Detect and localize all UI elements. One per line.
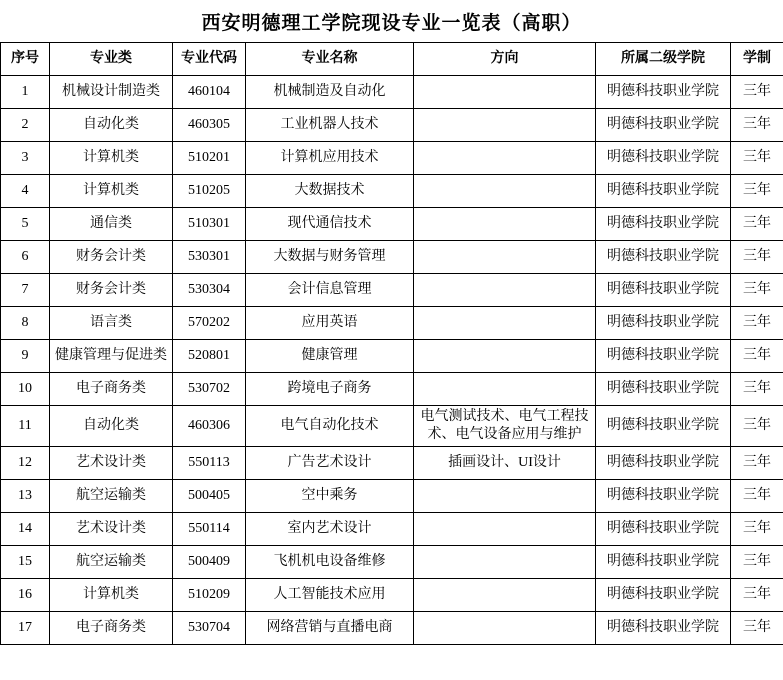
cell-college: 明德科技职业学院 xyxy=(596,142,731,175)
cell-duration: 三年 xyxy=(731,447,783,480)
cell-college: 明德科技职业学院 xyxy=(596,340,731,373)
cell-college: 明德科技职业学院 xyxy=(596,406,731,447)
cell-duration: 三年 xyxy=(731,612,783,645)
cell-major-code: 500409 xyxy=(173,546,246,579)
cell-direction xyxy=(414,373,596,406)
cell-college: 明德科技职业学院 xyxy=(596,546,731,579)
table-row: 2自动化类460305工业机器人技术明德科技职业学院三年 xyxy=(1,109,783,142)
cell-row-index: 11 xyxy=(1,406,50,447)
cell-major-code: 510205 xyxy=(173,175,246,208)
cell-direction xyxy=(414,76,596,109)
cell-row-index: 3 xyxy=(1,142,50,175)
cell-row-index: 9 xyxy=(1,340,50,373)
cell-major-category: 计算机类 xyxy=(50,142,173,175)
cell-major-name: 应用英语 xyxy=(246,307,414,340)
cell-major-code: 550114 xyxy=(173,513,246,546)
cell-duration: 三年 xyxy=(731,307,783,340)
cell-college: 明德科技职业学院 xyxy=(596,579,731,612)
table-body: 1机械设计制造类460104机械制造及自动化明德科技职业学院三年2自动化类460… xyxy=(1,76,783,645)
cell-direction: 插画设计、UI设计 xyxy=(414,447,596,480)
cell-duration: 三年 xyxy=(731,274,783,307)
col-header-name: 专业名称 xyxy=(246,43,414,76)
table-header: 序号专业类专业代码专业名称方向所属二级学院学制 xyxy=(1,43,783,76)
cell-major-category: 艺术设计类 xyxy=(50,513,173,546)
cell-direction xyxy=(414,546,596,579)
cell-college: 明德科技职业学院 xyxy=(596,373,731,406)
cell-major-category: 自动化类 xyxy=(50,109,173,142)
cell-direction xyxy=(414,480,596,513)
cell-direction xyxy=(414,241,596,274)
col-header-category: 专业类 xyxy=(50,43,173,76)
cell-row-index: 14 xyxy=(1,513,50,546)
table-row: 12艺术设计类550113广告艺术设计插画设计、UI设计明德科技职业学院三年 xyxy=(1,447,783,480)
table-row: 8语言类570202应用英语明德科技职业学院三年 xyxy=(1,307,783,340)
table-row: 17电子商务类530704网络营销与直播电商明德科技职业学院三年 xyxy=(1,612,783,645)
cell-major-name: 飞机机电设备维修 xyxy=(246,546,414,579)
cell-major-code: 510301 xyxy=(173,208,246,241)
col-header-direction: 方向 xyxy=(414,43,596,76)
table-row: 16计算机类510209人工智能技术应用明德科技职业学院三年 xyxy=(1,579,783,612)
cell-direction xyxy=(414,274,596,307)
cell-duration: 三年 xyxy=(731,109,783,142)
cell-major-code: 510201 xyxy=(173,142,246,175)
cell-major-category: 电子商务类 xyxy=(50,373,173,406)
cell-duration: 三年 xyxy=(731,208,783,241)
cell-major-code: 570202 xyxy=(173,307,246,340)
cell-duration: 三年 xyxy=(731,340,783,373)
table-row: 3计算机类510201计算机应用技术明德科技职业学院三年 xyxy=(1,142,783,175)
cell-major-code: 530702 xyxy=(173,373,246,406)
cell-major-name: 工业机器人技术 xyxy=(246,109,414,142)
table-row: 4计算机类510205大数据技术明德科技职业学院三年 xyxy=(1,175,783,208)
cell-row-index: 12 xyxy=(1,447,50,480)
cell-direction xyxy=(414,612,596,645)
cell-duration: 三年 xyxy=(731,546,783,579)
cell-row-index: 1 xyxy=(1,76,50,109)
cell-row-index: 13 xyxy=(1,480,50,513)
cell-college: 明德科技职业学院 xyxy=(596,480,731,513)
cell-major-name: 大数据与财务管理 xyxy=(246,241,414,274)
cell-major-category: 航空运输类 xyxy=(50,546,173,579)
cell-major-category: 健康管理与促进类 xyxy=(50,340,173,373)
table-row: 1机械设计制造类460104机械制造及自动化明德科技职业学院三年 xyxy=(1,76,783,109)
cell-major-category: 自动化类 xyxy=(50,406,173,447)
cell-major-name: 空中乘务 xyxy=(246,480,414,513)
cell-duration: 三年 xyxy=(731,480,783,513)
header-row: 序号专业类专业代码专业名称方向所属二级学院学制 xyxy=(1,43,783,76)
cell-row-index: 16 xyxy=(1,579,50,612)
cell-row-index: 17 xyxy=(1,612,50,645)
cell-college: 明德科技职业学院 xyxy=(596,307,731,340)
cell-row-index: 4 xyxy=(1,175,50,208)
cell-college: 明德科技职业学院 xyxy=(596,109,731,142)
cell-college: 明德科技职业学院 xyxy=(596,274,731,307)
cell-major-name: 广告艺术设计 xyxy=(246,447,414,480)
cell-major-name: 室内艺术设计 xyxy=(246,513,414,546)
cell-major-category: 语言类 xyxy=(50,307,173,340)
cell-row-index: 2 xyxy=(1,109,50,142)
cell-major-code: 550113 xyxy=(173,447,246,480)
cell-major-name: 健康管理 xyxy=(246,340,414,373)
table-row: 10电子商务类530702跨境电子商务明德科技职业学院三年 xyxy=(1,373,783,406)
col-header-duration: 学制 xyxy=(731,43,783,76)
cell-row-index: 5 xyxy=(1,208,50,241)
table-row: 7财务会计类530304会计信息管理明德科技职业学院三年 xyxy=(1,274,783,307)
cell-major-category: 计算机类 xyxy=(50,175,173,208)
cell-duration: 三年 xyxy=(731,241,783,274)
cell-college: 明德科技职业学院 xyxy=(596,612,731,645)
cell-major-code: 500405 xyxy=(173,480,246,513)
cell-direction xyxy=(414,307,596,340)
cell-row-index: 10 xyxy=(1,373,50,406)
cell-major-category: 通信类 xyxy=(50,208,173,241)
cell-major-code: 460305 xyxy=(173,109,246,142)
cell-major-category: 航空运输类 xyxy=(50,480,173,513)
cell-duration: 三年 xyxy=(731,175,783,208)
cell-direction: 电气测试技术、电气工程技术、电气设备应用与维护 xyxy=(414,406,596,447)
table-row: 11自动化类460306电气自动化技术电气测试技术、电气工程技术、电气设备应用与… xyxy=(1,406,783,447)
cell-major-category: 机械设计制造类 xyxy=(50,76,173,109)
cell-major-name: 机械制造及自动化 xyxy=(246,76,414,109)
col-header-no: 序号 xyxy=(1,43,50,76)
cell-duration: 三年 xyxy=(731,76,783,109)
table-row: 13航空运输类500405空中乘务明德科技职业学院三年 xyxy=(1,480,783,513)
cell-major-name: 会计信息管理 xyxy=(246,274,414,307)
cell-major-code: 510209 xyxy=(173,579,246,612)
cell-major-code: 520801 xyxy=(173,340,246,373)
cell-direction xyxy=(414,208,596,241)
cell-major-category: 计算机类 xyxy=(50,579,173,612)
cell-major-code: 460104 xyxy=(173,76,246,109)
table-row: 5通信类510301现代通信技术明德科技职业学院三年 xyxy=(1,208,783,241)
cell-duration: 三年 xyxy=(731,142,783,175)
cell-major-category: 财务会计类 xyxy=(50,241,173,274)
cell-duration: 三年 xyxy=(731,579,783,612)
cell-major-name: 计算机应用技术 xyxy=(246,142,414,175)
cell-major-name: 网络营销与直播电商 xyxy=(246,612,414,645)
cell-major-category: 财务会计类 xyxy=(50,274,173,307)
cell-direction xyxy=(414,109,596,142)
cell-major-category: 电子商务类 xyxy=(50,612,173,645)
cell-row-index: 7 xyxy=(1,274,50,307)
table-row: 15航空运输类500409飞机机电设备维修明德科技职业学院三年 xyxy=(1,546,783,579)
table-row: 9健康管理与促进类520801健康管理明德科技职业学院三年 xyxy=(1,340,783,373)
cell-major-category: 艺术设计类 xyxy=(50,447,173,480)
cell-row-index: 6 xyxy=(1,241,50,274)
cell-direction xyxy=(414,579,596,612)
col-header-code: 专业代码 xyxy=(173,43,246,76)
col-header-college: 所属二级学院 xyxy=(596,43,731,76)
table-row: 14艺术设计类550114室内艺术设计明德科技职业学院三年 xyxy=(1,513,783,546)
cell-major-name: 现代通信技术 xyxy=(246,208,414,241)
cell-major-code: 530304 xyxy=(173,274,246,307)
cell-duration: 三年 xyxy=(731,513,783,546)
page-title: 西安明德理工学院现设专业一览表（高职） xyxy=(0,0,783,42)
cell-major-name: 跨境电子商务 xyxy=(246,373,414,406)
table-row: 6财务会计类530301大数据与财务管理明德科技职业学院三年 xyxy=(1,241,783,274)
majors-table: 序号专业类专业代码专业名称方向所属二级学院学制 1机械设计制造类460104机械… xyxy=(0,42,783,645)
cell-direction xyxy=(414,175,596,208)
cell-college: 明德科技职业学院 xyxy=(596,241,731,274)
cell-direction xyxy=(414,142,596,175)
cell-major-name: 大数据技术 xyxy=(246,175,414,208)
cell-row-index: 15 xyxy=(1,546,50,579)
cell-duration: 三年 xyxy=(731,406,783,447)
cell-major-code: 530704 xyxy=(173,612,246,645)
cell-major-name: 电气自动化技术 xyxy=(246,406,414,447)
cell-direction xyxy=(414,340,596,373)
cell-major-code: 530301 xyxy=(173,241,246,274)
cell-college: 明德科技职业学院 xyxy=(596,175,731,208)
cell-college: 明德科技职业学院 xyxy=(596,447,731,480)
cell-major-code: 460306 xyxy=(173,406,246,447)
cell-row-index: 8 xyxy=(1,307,50,340)
cell-college: 明德科技职业学院 xyxy=(596,208,731,241)
cell-college: 明德科技职业学院 xyxy=(596,513,731,546)
cell-major-name: 人工智能技术应用 xyxy=(246,579,414,612)
cell-direction xyxy=(414,513,596,546)
cell-college: 明德科技职业学院 xyxy=(596,76,731,109)
cell-duration: 三年 xyxy=(731,373,783,406)
